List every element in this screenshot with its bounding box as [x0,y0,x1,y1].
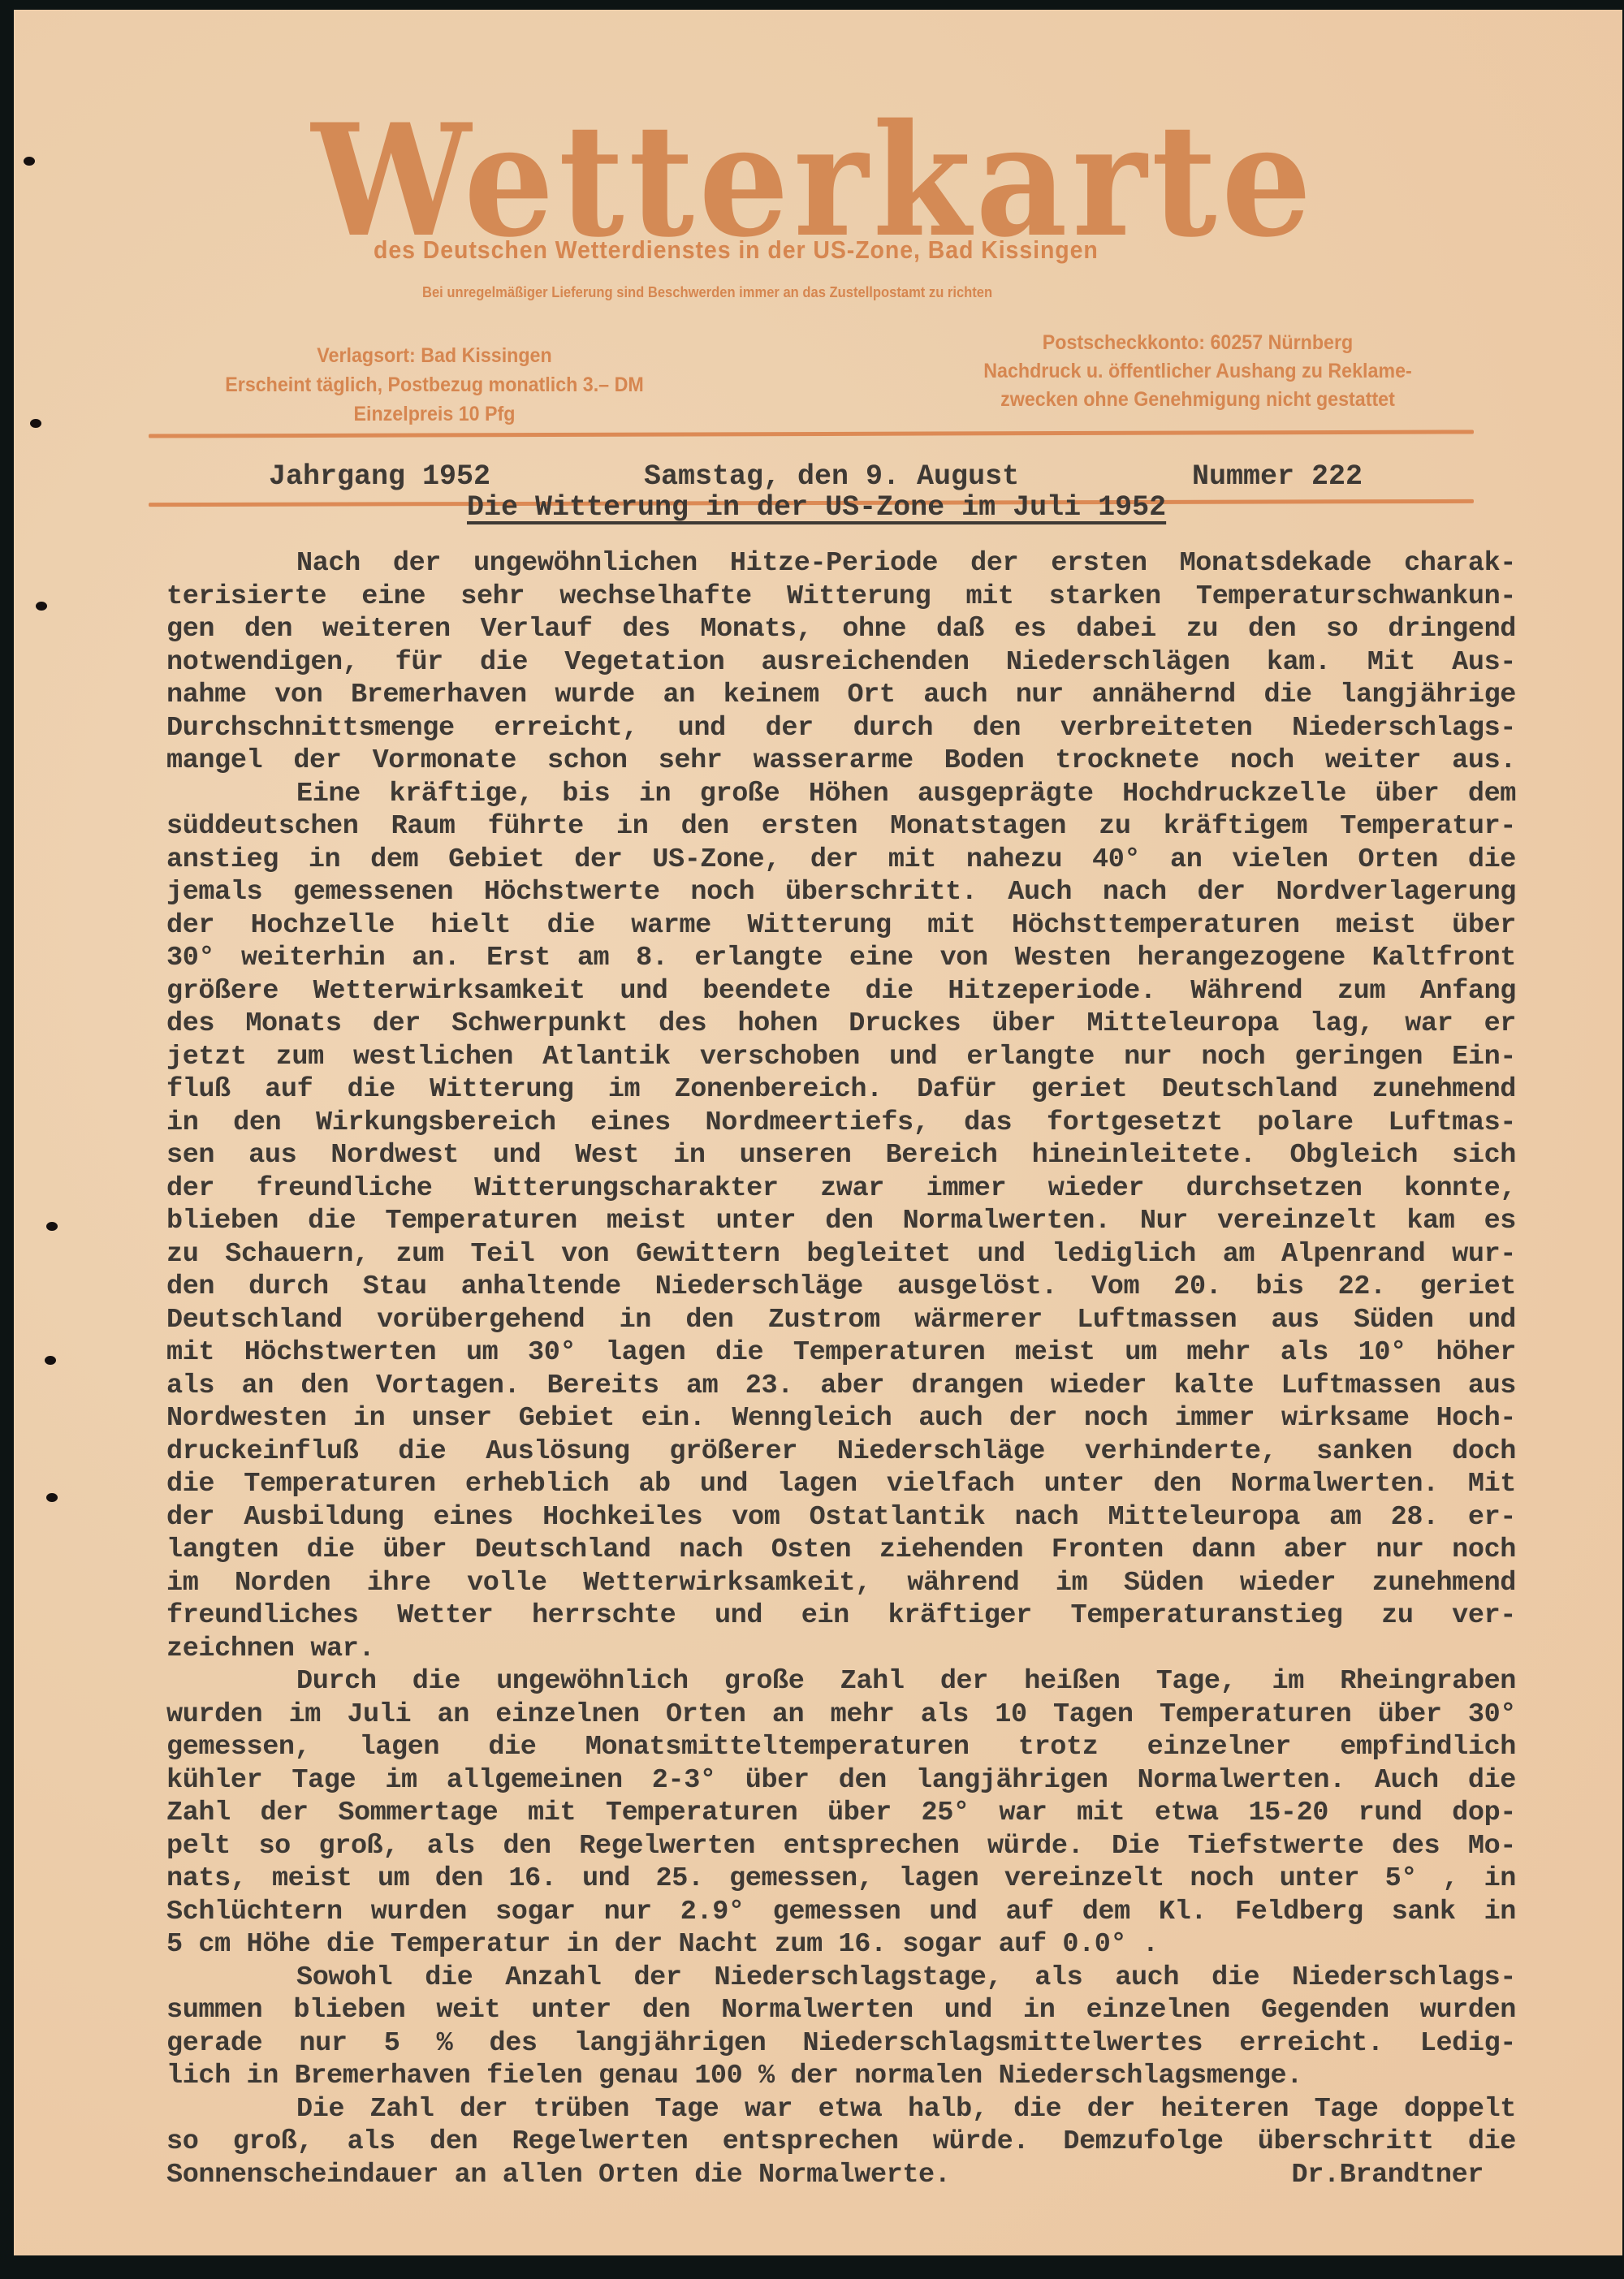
article-line: kühler Tage im allgemeinen 2-3° über den… [166,1764,1516,1798]
article-line: wurden im Juli an einzelnen Orten an meh… [166,1698,1516,1732]
article-line: mangel der Vormonate schon sehr wasserar… [166,745,1516,778]
article-line: nahme von Bremerhaven wurde an keinem Or… [166,679,1516,712]
article-headline: Die Witterung in der US-Zone im Juli 195… [467,491,1166,524]
publisher-info: Verlagsort: Bad Kissingen Erscheint tägl… [166,341,702,429]
issue-date: Samstag, den 9. August [644,460,1019,493]
article-body: Nach der ungewöhnlichen Hitze-Periode de… [166,547,1516,2191]
article-line: der Hochzelle hielt die warme Witterung … [166,909,1516,943]
binding-hole-icon [36,602,47,611]
article-line: die Temperaturen erheblich ab und lagen … [166,1468,1516,1501]
article-author: Dr.Brandtner [1292,2159,1484,2192]
binding-hole-icon [24,157,35,166]
article-line: fluß auf die Witterung im Zonenbereich. … [166,1073,1516,1107]
article-line: Eine kräftige, bis in große Höhen ausgep… [166,778,1516,811]
binding-hole-icon [46,1222,58,1231]
article-line: Sowohl die Anzahl der Niederschlagstage,… [166,1962,1516,1995]
article-line: Zahl der Sommertage mit Temperaturen übe… [166,1797,1516,1830]
article-line: langten die über Deutschland nach Osten … [166,1534,1516,1567]
binding-hole-icon [30,419,41,428]
article-line: 5 cm Höhe die Temperatur in der Nacht zu… [166,1928,1516,1962]
article-line: blieben die Temperaturen meist unter den… [166,1205,1516,1238]
reprint-notice-1: Nachdruck u. öffentlicher Aushang zu Rek… [934,357,1462,386]
article-line: freundliches Wetter herrschte und ein kr… [166,1599,1516,1633]
article-line: terisierte eine sehr wechselhafte Witter… [166,581,1516,614]
article-line: anstieg in dem Gebiet der US-Zone, der m… [166,844,1516,877]
article-line: Durch die ungewöhnlich große Zahl der he… [166,1665,1516,1698]
article-line: 30° weiterhin an. Erst am 8. erlangte ei… [166,942,1516,975]
article-line: Nach der ungewöhnlichen Hitze-Periode de… [166,547,1516,581]
article-line: Schlüchtern wurden sogar nur 2.9° gemess… [166,1896,1516,1929]
binding-hole-icon [46,1493,58,1502]
article-line: der Ausbildung eines Hochkeiles vom Osta… [166,1501,1516,1534]
postal-account: Postscheckkonto: 60257 Nürnberg [934,329,1462,357]
article-line: gemessen, lagen die Monatsmitteltemperat… [166,1731,1516,1764]
article-line: den durch Stau anhaltende Niederschläge … [166,1271,1516,1304]
article-line: des Monats der Schwerpunkt des hohen Dru… [166,1008,1516,1041]
article-line: zu Schauern, zum Teil von Gewittern begl… [166,1238,1516,1271]
article-line: in den Wirkungsbereich eines Nordmeertie… [166,1107,1516,1140]
article-line: der freundliche Witterungscharakter zwar… [166,1172,1516,1206]
article-line: zeichnen war. [166,1633,1516,1666]
article-line: summen blieben weit unter den Normalwert… [166,1994,1516,2027]
article-line: im Norden ihre volle Wetterwirksamkeit, … [166,1567,1516,1600]
publisher-location: Verlagsort: Bad Kissingen [185,341,684,370]
article-line: lich in Bremerhaven fielen genau 100 % d… [166,2060,1516,2093]
issue-number: Nummer 222 [1192,460,1363,493]
article-closing-line: Sonnenscheindauer an allen Orten die Nor… [166,2159,1516,2192]
reprint-notice-2: zwecken ohne Genehmigung nicht gestattet [934,386,1462,414]
article-line: mit Höchstwerten um 30° lagen die Temper… [166,1336,1516,1370]
article-line: Durchschnittsmenge erreicht, und der dur… [166,712,1516,745]
article-line: jetzt zum westlichen Atlantik verschoben… [166,1041,1516,1074]
article-line: Deutschland vorübergehend in den Zustrom… [166,1304,1516,1337]
article-line: nats, meist um den 16. und 25. gemessen,… [166,1862,1516,1896]
issue-volume: Jahrgang 1952 [269,460,490,493]
article-line: Nordwesten in unser Gebiet ein. Wennglei… [166,1402,1516,1435]
delivery-notice: Bei unregelmäßiger Lieferung sind Beschw… [422,284,992,301]
article-line: süddeutschen Raum führte in den ersten M… [166,810,1516,844]
masthead-subtitle: des Deutschen Wetterdienstes in der US-Z… [374,235,1099,265]
article-line: so groß, als den Regelwerten entsprechen… [166,2126,1516,2159]
binding-hole-icon [45,1356,56,1365]
article-line: gen den weiteren Verlauf des Monats, ohn… [166,613,1516,646]
account-info: Postscheckkonto: 60257 Nürnberg Nachdruc… [914,329,1482,414]
article-line: größere Wetterwirksamkeit und beendete d… [166,975,1516,1008]
article-line: sen aus Nordwest und West in unseren Ber… [166,1139,1516,1172]
article-line: notwendigen, für die Vegetation ausreich… [166,646,1516,680]
article-line: jemals gemessenen Höchstwerte noch übers… [166,876,1516,909]
article-line: als an den Vortagen. Bereits am 23. aber… [166,1370,1516,1403]
article-line: Die Zahl der trüben Tage war etwa halb, … [166,2093,1516,2126]
article-line: pelt so groß, als den Regelwerten entspr… [166,1830,1516,1863]
single-price: Einzelpreis 10 Pfg [185,399,684,429]
article-line: gerade nur 5 % des langjährigen Niedersc… [166,2027,1516,2061]
subscription-info: Erscheint täglich, Postbezug monatlich 3… [185,370,684,399]
article-line: druckeinfluß die Auslösung größerer Nied… [166,1435,1516,1469]
article-line: Sonnenscheindauer an allen Orten die Nor… [166,2159,950,2192]
